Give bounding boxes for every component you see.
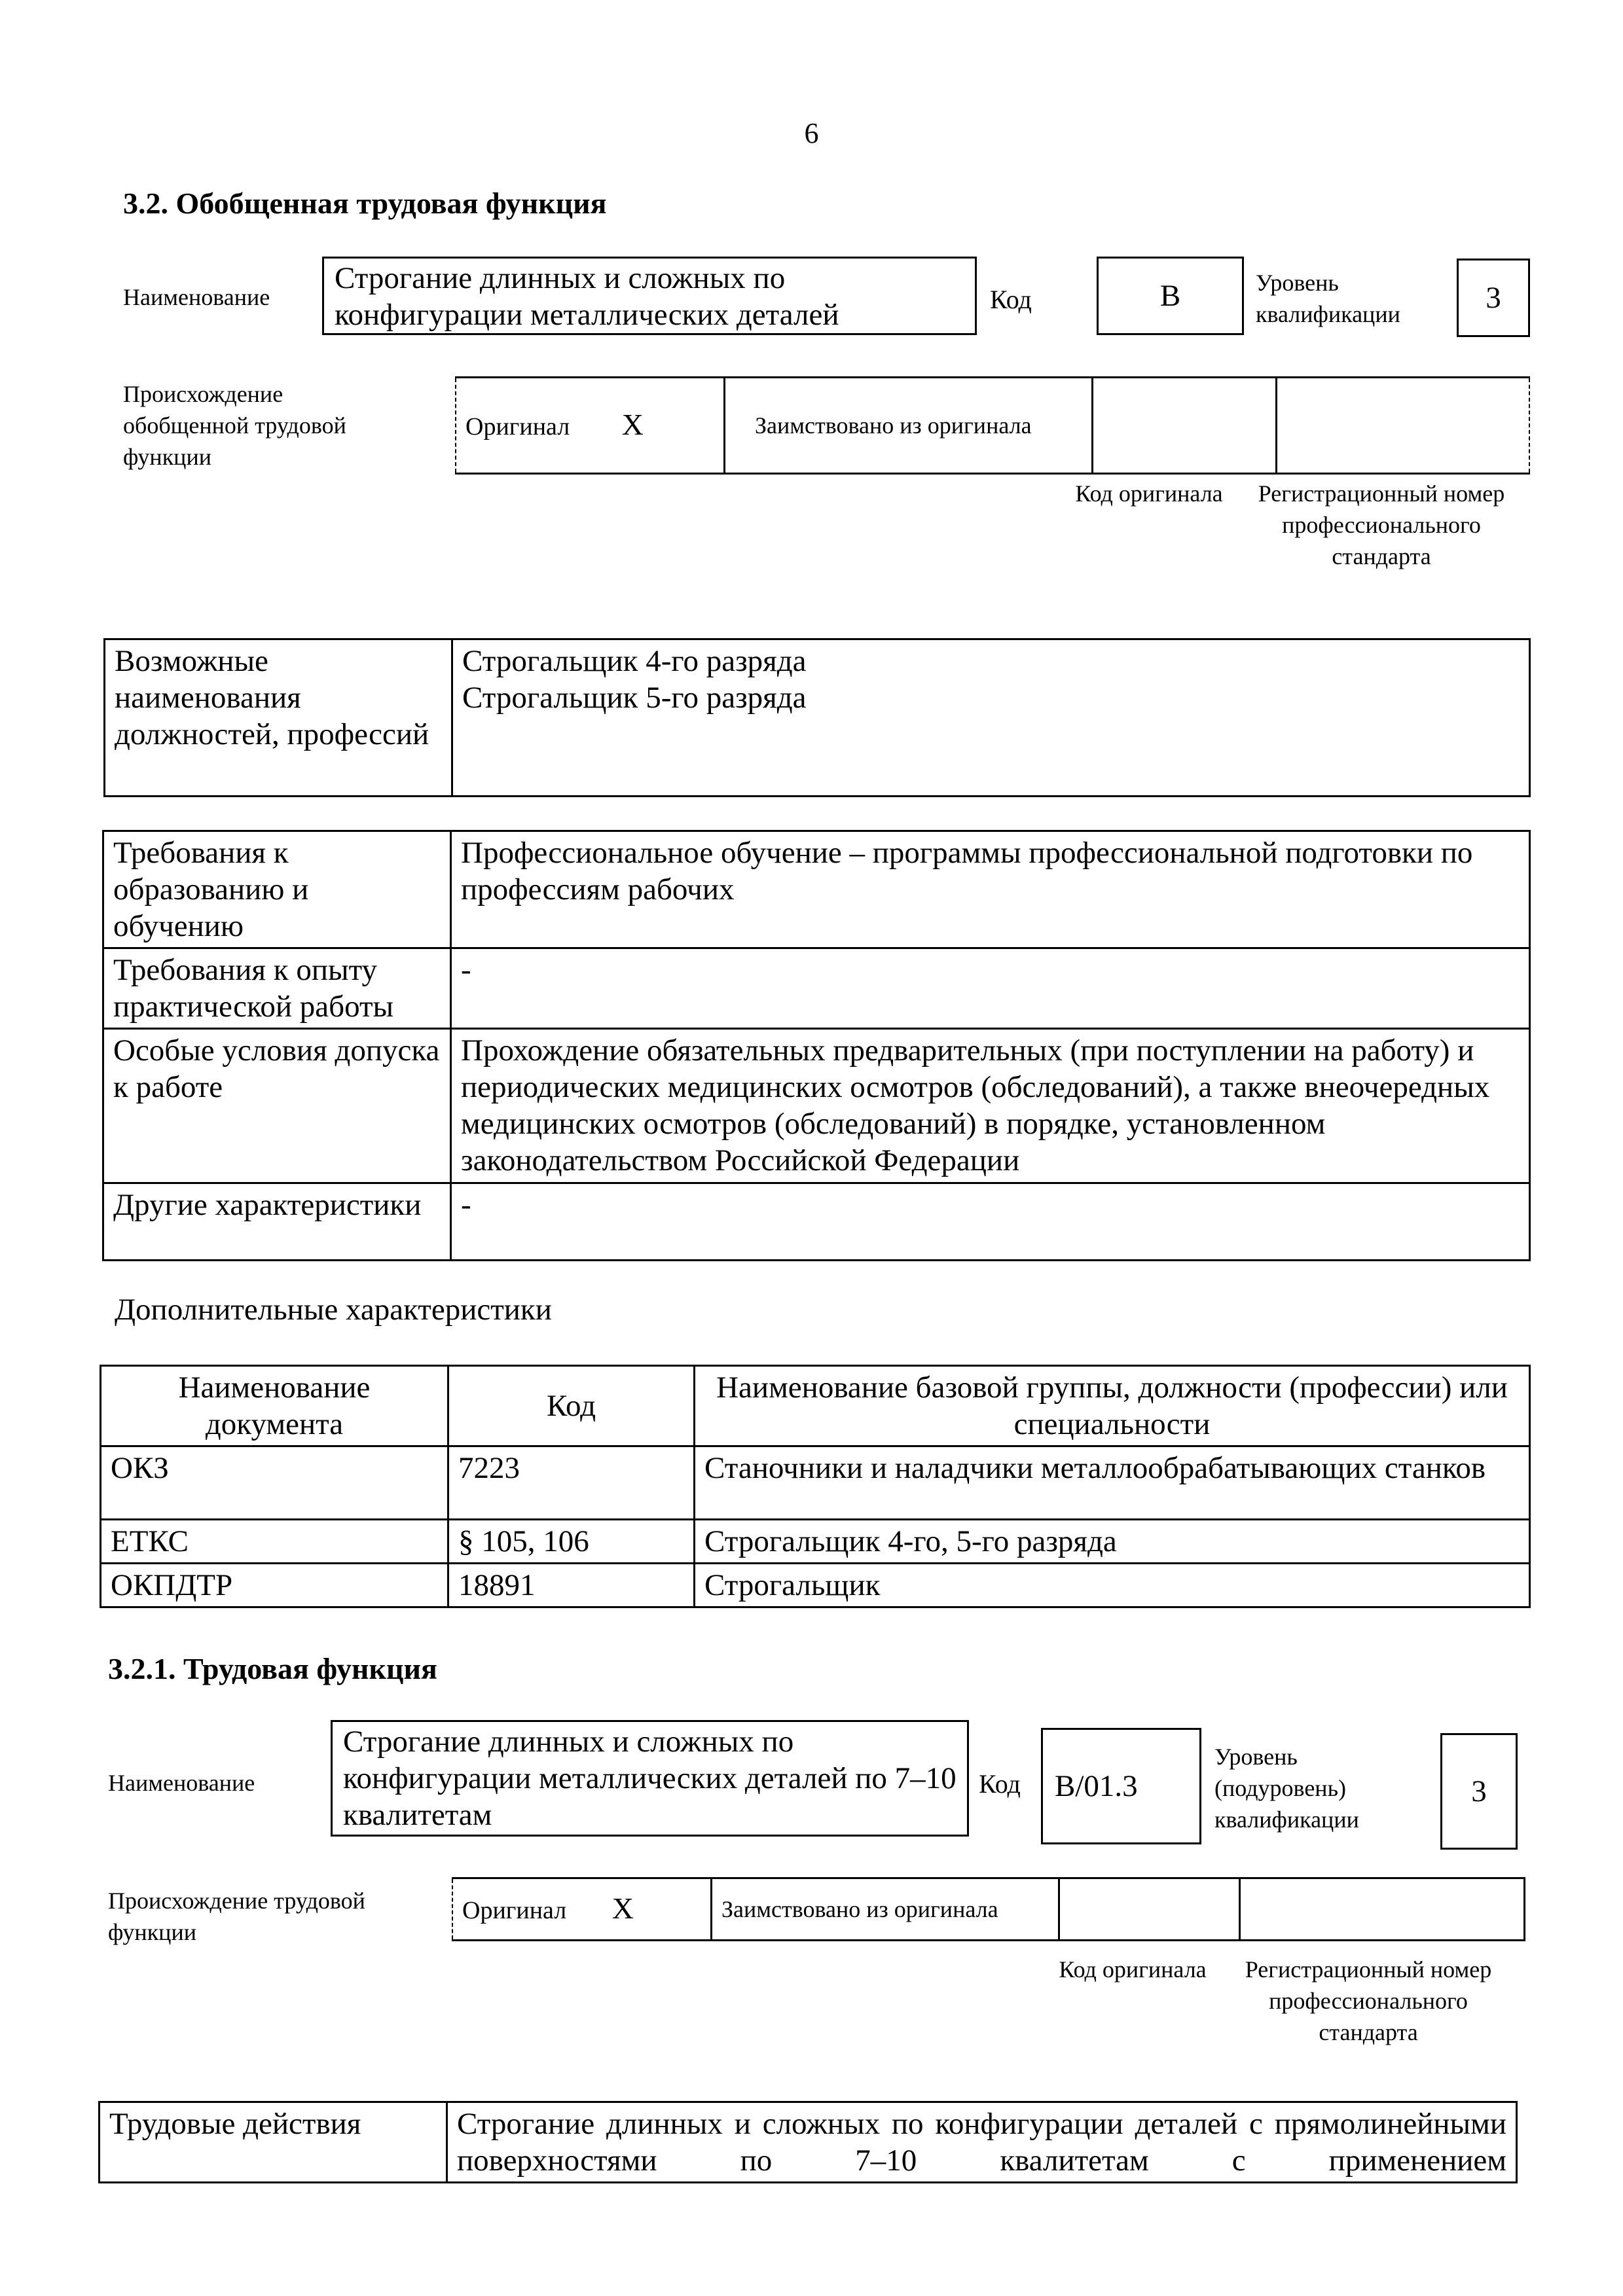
subsection-heading: 3.2.1. Трудовая функция — [108, 1651, 437, 1686]
function-name-box: Строгание длинных и сложных по конфигура… — [322, 257, 977, 335]
req-label: Требования к образованию и обучению — [103, 831, 451, 948]
level-label: Уровень (подуровень) квалификации — [1214, 1741, 1398, 1835]
original-mark: X — [612, 1892, 634, 1925]
actions-label: Трудовые действия — [100, 2102, 447, 2183]
original-label: Оригинал — [462, 1897, 566, 1924]
origin-label: Происхождение трудовой функции — [108, 1885, 422, 1948]
req-value: - — [451, 948, 1530, 1029]
cell-doc: ОКПДТР — [101, 1564, 448, 1607]
header-doc: Наименование документа — [101, 1366, 448, 1446]
positions-values: Строгальщик 4-го разряда Строгальщик 5-г… — [452, 639, 1530, 797]
positions-table: Возможные наименования должностей, профе… — [103, 638, 1531, 797]
actions-value: Строгание длинных и сложных по конфигура… — [447, 2102, 1517, 2183]
code-original-caption: Код оригинала — [1048, 1954, 1218, 1985]
code-label: Код — [990, 283, 1032, 317]
reg-number-caption: Регистрационный номер профессионального … — [1231, 1954, 1506, 2048]
original-mark: X — [622, 408, 644, 441]
req-label: Требования к опыту практической работы — [103, 948, 451, 1029]
req-label: Особые условия допуска к работе — [103, 1029, 451, 1183]
origin-table: Оригинал X Заимствовано из оригинала — [455, 376, 1530, 475]
req-label: Другие характеристики — [103, 1183, 451, 1261]
position-item: Строгальщик 4-го разряда — [462, 643, 1520, 679]
cell-code: 7223 — [448, 1446, 695, 1520]
req-value: Прохождение обязательных предварительных… — [451, 1029, 1530, 1183]
cell-group: Строгальщик 4-го, 5-го разряда — [695, 1520, 1530, 1564]
level-label: Уровень квалификации — [1256, 267, 1426, 330]
name-label: Наименование — [108, 1767, 255, 1799]
requirements-table: Требования к образованию и обучению Проф… — [102, 830, 1531, 1261]
code-original-caption: Код оригинала — [1064, 478, 1234, 509]
position-item: Строгальщик 5-го разряда — [462, 679, 1520, 716]
code-original-cell — [1093, 378, 1277, 474]
borrowed-cell: Заимствовано из оригинала — [725, 378, 1093, 474]
function-name-box: Строгание длинных и сложных по конфигура… — [331, 1720, 969, 1837]
positions-label: Возможные наименования должностей, профе… — [105, 639, 452, 797]
additional-title: Дополнительные характеристики — [115, 1291, 552, 1329]
origin-label: Происхождение обобщенной трудовой функци… — [123, 378, 398, 473]
req-value: - — [451, 1183, 1530, 1261]
page-number: 6 — [0, 117, 1623, 150]
origin-table: Оригинал X Заимствовано из оригинала — [452, 1877, 1525, 1941]
code-value-box: B/01.3 — [1041, 1728, 1201, 1844]
original-cell: Оригинал X — [452, 1878, 712, 1941]
cell-doc: ОКЗ — [101, 1446, 448, 1520]
additional-table: Наименование документа Код Наименование … — [100, 1365, 1531, 1608]
reg-number-caption: Регистрационный номер профессионального … — [1244, 478, 1519, 572]
name-label: Наименование — [123, 281, 270, 313]
level-value-box: 3 — [1457, 259, 1530, 337]
level-value-box: 3 — [1440, 1733, 1518, 1850]
header-code: Код — [448, 1366, 695, 1446]
cell-code: 18891 — [448, 1564, 695, 1607]
original-label: Оригинал — [465, 413, 570, 440]
actions-table: Трудовые действия Строгание длинных и сл… — [98, 2101, 1518, 2183]
header-group: Наименование базовой группы, должности (… — [695, 1366, 1530, 1446]
cell-group: Строгальщик — [695, 1564, 1530, 1607]
code-original-cell — [1059, 1878, 1240, 1941]
cell-doc: ЕТКС — [101, 1520, 448, 1564]
reg-number-cell — [1240, 1878, 1525, 1941]
borrowed-cell: Заимствовано из оригинала — [712, 1878, 1059, 1941]
section-heading: 3.2. Обобщенная трудовая функция — [123, 186, 607, 221]
cell-group: Станочники и наладчики металлообрабатыва… — [695, 1446, 1530, 1520]
cell-code: § 105, 106 — [448, 1520, 695, 1564]
code-label: Код — [979, 1767, 1021, 1801]
reg-number-cell — [1277, 378, 1530, 474]
code-value-box: B — [1097, 257, 1244, 335]
req-value: Профессиональное обучение – программы пр… — [451, 831, 1530, 948]
original-cell: Оригинал X — [456, 378, 725, 474]
